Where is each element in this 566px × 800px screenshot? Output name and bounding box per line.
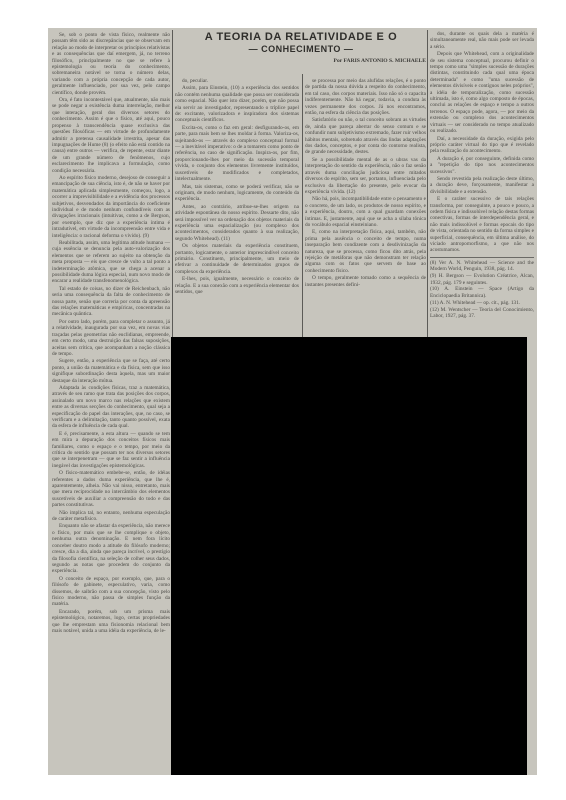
column-divider [302,74,303,374]
footnote: (8) Ver A. N. Whitehead — Science and th… [430,260,534,273]
footnote: (9) H. Bergson — Evolution Créatrice, Al… [430,273,534,286]
paragraph: do, peculiar. [175,78,299,84]
paragraph: Assim, para Einstein, (10) a experiência… [175,85,299,123]
title-line-1: A TEORIA DA RELATIVIDADE E O [176,31,426,44]
paragraph: Tal estado de coisas, no dizer de Reiche… [52,286,170,318]
paragraph: Satisfatório ou não, o tal conceito sobr… [305,117,426,155]
paragraph: Encarado, porém, sob um prisma mais epis… [52,609,170,635]
paragraph: Se a possibilidade mental de as o ubras … [305,157,426,195]
paragraph: Ora, é fato incontestável que, atualment… [52,97,170,174]
paragraph: Por outro lado, porém, para completar o … [52,319,170,357]
column-1: Se, sob o ponto de vista físico, realmen… [52,32,170,635]
paragraph: O físico-matemático embebe-se, então, de… [52,470,170,508]
paragraph: Se, sob o ponto de vista físico, realmen… [52,32,170,96]
paragraph: E é, precisamente, a esta altura — quand… [52,431,170,469]
column-4: dos, durante os quais dela a matéria é s… [430,31,534,320]
paragraph: E, como na interpretação física, aqui, t… [305,229,426,274]
paragraph: se processa por meio das alufidas relaçõ… [305,78,426,116]
footnote: (12) M. Wentscher — Teoria del Conocimie… [430,307,534,320]
paragraph: Daí, a necessidade da duração, exigida p… [430,136,534,155]
byline: Por FARIS ANTONIO S. MICHAELE [298,58,426,64]
paragraph: Sugere, então, a experiência que se faça… [52,358,170,384]
article-title: A TEORIA DA RELATIVIDADE E O — CONHECIME… [176,31,426,55]
paragraph: Ao espírito físico moderno, desejoso de … [52,175,170,239]
paragraph: Antes, ao contrário, atribue-se-lhes ori… [175,204,299,242]
paragraph: Reabilitada, assim, uma legítima atitude… [52,240,170,285]
column-3: se processa por meio das alufidas relaçõ… [305,78,426,289]
paragraph: Sendo revestida pela realização deste úl… [430,176,534,195]
column-divider [427,30,428,370]
paragraph: Depois que Whitehead, com a originalidad… [430,51,534,134]
paragraph: Enquanto não se afastar da experiência, … [52,523,170,574]
footnote: (11) A. N. Whitehead — op. cit., pág. 13… [430,300,534,306]
redaction-block [171,337,527,775]
paragraph: Não há, pois, incompatibilidade entre o … [305,196,426,228]
paragraph: A duração é, por conseguinte, definida c… [430,156,534,175]
paragraph: E o caráter sucessivo de tais relações t… [430,196,534,254]
paragraph: E-lhes, pois, igualmente, necessário o c… [175,276,299,295]
footnote: (10) A. Einstein — Space (Artigo da Enci… [430,286,534,299]
title-line-2: — CONHECIMENTO — [176,44,426,55]
paragraph: O conceito de espaço, por exemplo, que, … [52,576,170,608]
footnotes: (8) Ver A. N. Whitehead — Science and th… [430,257,534,320]
paragraph: Os objetos materiais da experiência cons… [175,243,299,275]
paragraph: Excita-os, como o faz em geral: desfigur… [175,125,299,183]
paragraph: Adaptada às condições físicas, traz a ma… [52,385,170,430]
column-2: do, peculiar.Assim, para Einstein, (10) … [175,78,299,296]
paragraph: Não implica tal, no entanto, nenhuma esp… [52,510,170,523]
paragraph: O tempo, geralmente tomado como a sequên… [305,275,426,288]
paragraph: dos, durante os quais dela a matéria é s… [430,31,534,50]
paragraph: Mas, tais sistemas, como se poderá verif… [175,184,299,203]
